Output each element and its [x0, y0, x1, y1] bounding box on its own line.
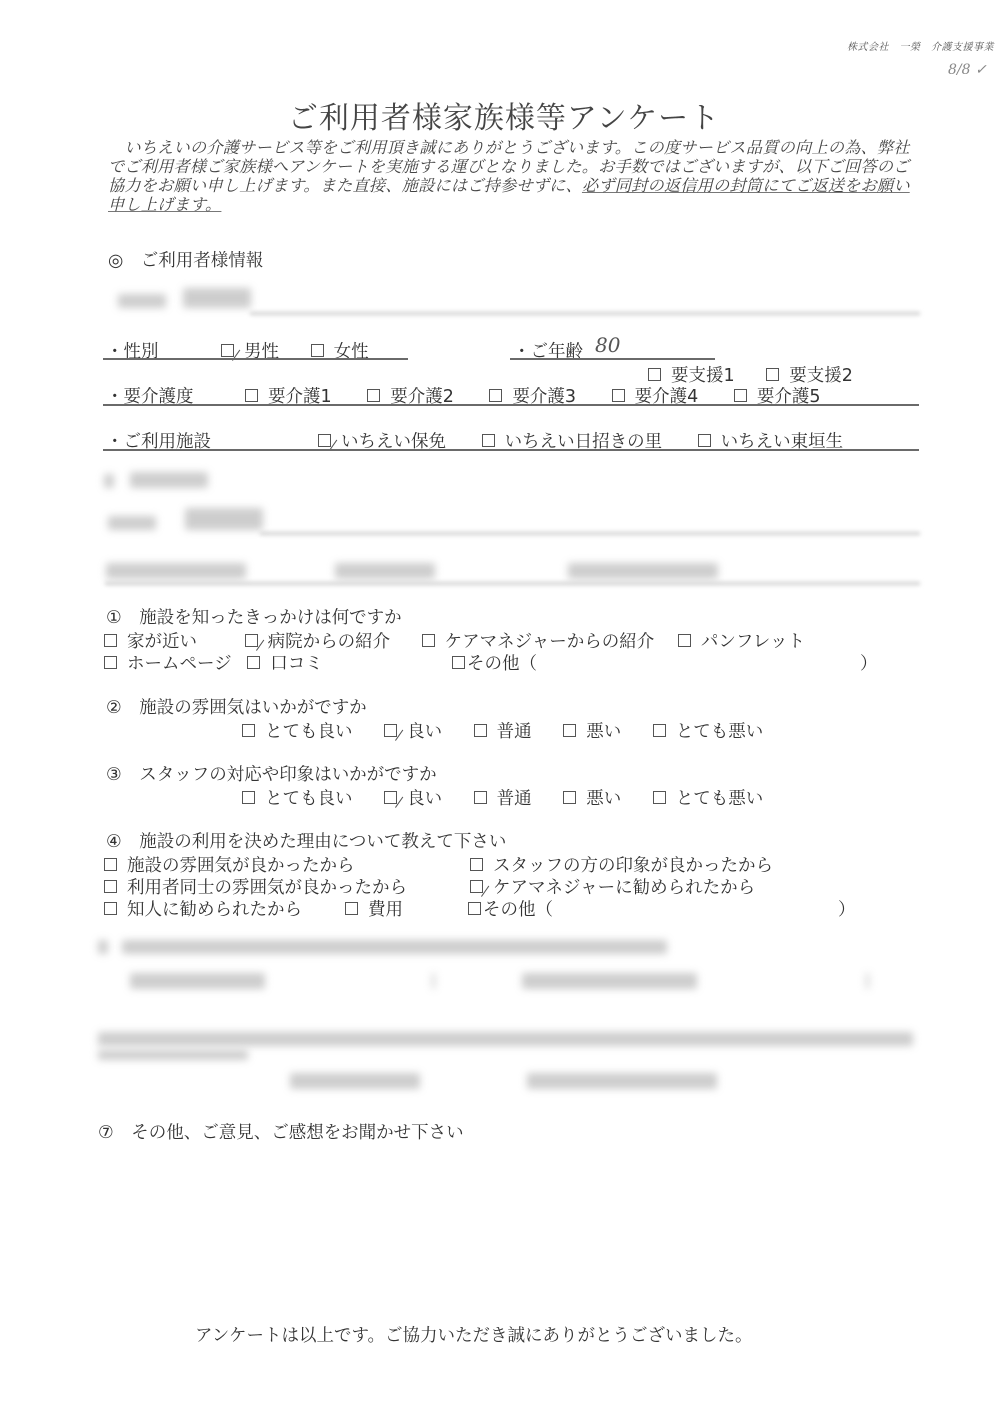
- checkbox-icon[interactable]: [648, 368, 661, 381]
- q3-title: ③ スタッフの対応や印象はいかがですか: [106, 761, 437, 786]
- checkbox-icon[interactable]: [698, 434, 711, 447]
- redacted-q5-paren: [866, 973, 869, 989]
- checkbox-icon[interactable]: [104, 880, 117, 893]
- checkbox-checked-icon[interactable]: [384, 791, 397, 804]
- redacted-q5-paren: [432, 973, 435, 989]
- checkbox-icon[interactable]: [474, 791, 487, 804]
- q2-option-very-good[interactable]: とても良い: [242, 718, 353, 743]
- q1-option-other[interactable]: その他（: [452, 650, 537, 675]
- q4-option-cost[interactable]: 費用: [345, 896, 403, 921]
- q4-other-close-paren: ）: [838, 896, 856, 921]
- redacted-q5-field: [130, 973, 265, 989]
- q1-option-word-of-mouth[interactable]: 口コミ: [247, 650, 323, 675]
- q1-option-homepage[interactable]: ホームページ: [104, 650, 232, 675]
- q3-option-good[interactable]: 良い: [384, 785, 442, 810]
- checkbox-icon[interactable]: [452, 656, 465, 669]
- checkbox-icon[interactable]: [422, 634, 435, 647]
- age-value[interactable]: 80: [595, 333, 620, 357]
- checkbox-icon[interactable]: [311, 344, 324, 357]
- checkbox-icon[interactable]: [242, 724, 255, 737]
- redacted-q5-field: [522, 973, 697, 989]
- redacted-field: [106, 563, 246, 579]
- q4-option-other[interactable]: その他（: [468, 896, 553, 921]
- checkbox-icon[interactable]: [766, 368, 779, 381]
- q1-title: ① 施設を知ったきっかけは何ですか: [106, 604, 402, 629]
- checkbox-icon[interactable]: [470, 858, 483, 871]
- q4-option-acquaintance[interactable]: 知人に勧められたから: [104, 896, 302, 921]
- redacted-q6-title: [98, 1032, 913, 1046]
- redacted-field: [568, 563, 718, 579]
- checkbox-icon[interactable]: [482, 434, 495, 447]
- redacted-q6-title-line2: [98, 1050, 248, 1060]
- q4-title: ④ 施設の利用を決めた理由について教えて下さい: [106, 828, 506, 853]
- user-info-heading: ◎ ご利用者様情報: [108, 247, 263, 272]
- page-title: ご利用者様家族様等アンケート: [0, 93, 1008, 137]
- redacted-underline: [250, 312, 920, 315]
- checkbox-checked-icon[interactable]: [384, 724, 397, 737]
- redacted-q6-option: [290, 1073, 420, 1089]
- closing-message: アンケートは以上です。ご協力いただき誠にありがとうございました。: [195, 1322, 753, 1347]
- redacted-label: [108, 516, 156, 530]
- q3-option-bad[interactable]: 悪い: [563, 785, 621, 810]
- checkbox-icon[interactable]: [468, 902, 481, 915]
- redacted-label: [118, 294, 166, 308]
- redacted-q5-title: [122, 940, 667, 954]
- checkbox-checked-icon[interactable]: [221, 344, 234, 357]
- checkbox-icon[interactable]: [245, 389, 258, 402]
- q7-title: ⑦ その他、ご意見、ご感想をお聞かせ下さい: [98, 1119, 464, 1144]
- q2-option-very-bad[interactable]: とても悪い: [653, 718, 764, 743]
- checkbox-checked-icon[interactable]: [318, 434, 331, 447]
- divider: [103, 404, 919, 406]
- checkbox-icon[interactable]: [734, 389, 747, 402]
- checkbox-icon[interactable]: [242, 791, 255, 804]
- redacted-field: [335, 563, 435, 579]
- checkbox-icon[interactable]: [104, 902, 117, 915]
- q2-option-good[interactable]: 良い: [384, 718, 442, 743]
- redacted-q5-number: [98, 940, 108, 954]
- checkbox-icon[interactable]: [104, 634, 117, 647]
- redacted-q6-option: [527, 1073, 717, 1089]
- checkbox-icon[interactable]: [678, 634, 691, 647]
- checkbox-icon[interactable]: [563, 724, 576, 737]
- company-name: 株式会社 一榮 介護支援事業: [847, 38, 994, 53]
- redacted-value: [185, 508, 263, 530]
- redacted-heading: [130, 472, 208, 488]
- checkbox-icon[interactable]: [653, 791, 666, 804]
- q2-option-bad[interactable]: 悪い: [563, 718, 621, 743]
- q3-options: とても良い 良い 普通 悪い とても悪い: [242, 785, 763, 810]
- q2-options: とても良い 良い 普通 悪い とても悪い: [242, 718, 763, 743]
- checkbox-icon[interactable]: [345, 902, 358, 915]
- intro-paragraph: いちえいの介護サービス等をご利用頂き誠にありがとうございます。この度サービス品質…: [108, 138, 923, 214]
- divider: [510, 358, 715, 360]
- checkbox-icon[interactable]: [563, 791, 576, 804]
- checkbox-icon[interactable]: [612, 389, 625, 402]
- checkbox-icon[interactable]: [474, 724, 487, 737]
- q3-option-normal[interactable]: 普通: [474, 785, 532, 810]
- redacted-underline: [105, 582, 920, 585]
- checkbox-icon[interactable]: [653, 724, 666, 737]
- q1-row2: ホームページ 口コミ: [104, 650, 323, 675]
- q1-other-close-paren: ）: [860, 650, 878, 675]
- divider: [103, 358, 408, 360]
- q7-comment-area[interactable]: [98, 1150, 918, 1300]
- checkbox-icon[interactable]: [104, 858, 117, 871]
- redacted-name: [183, 288, 251, 308]
- redacted-underline: [260, 532, 920, 535]
- checkbox-icon[interactable]: [489, 389, 502, 402]
- q2-title: ② 施設の雰囲気はいかがですか: [106, 694, 367, 719]
- q1-option-pamphlet[interactable]: パンフレット: [678, 628, 805, 653]
- checkbox-icon[interactable]: [104, 656, 117, 669]
- checkbox-icon[interactable]: [247, 656, 260, 669]
- checkbox-icon[interactable]: [367, 389, 380, 402]
- handwritten-check-mark: 8/8 ✓: [948, 62, 987, 78]
- redacted-marker: [104, 474, 114, 488]
- checkbox-checked-icon[interactable]: [470, 880, 483, 893]
- q3-option-very-good[interactable]: とても良い: [242, 785, 353, 810]
- q3-option-very-bad[interactable]: とても悪い: [653, 785, 764, 810]
- divider: [103, 449, 919, 451]
- q2-option-normal[interactable]: 普通: [474, 718, 532, 743]
- checkbox-checked-icon[interactable]: [245, 634, 258, 647]
